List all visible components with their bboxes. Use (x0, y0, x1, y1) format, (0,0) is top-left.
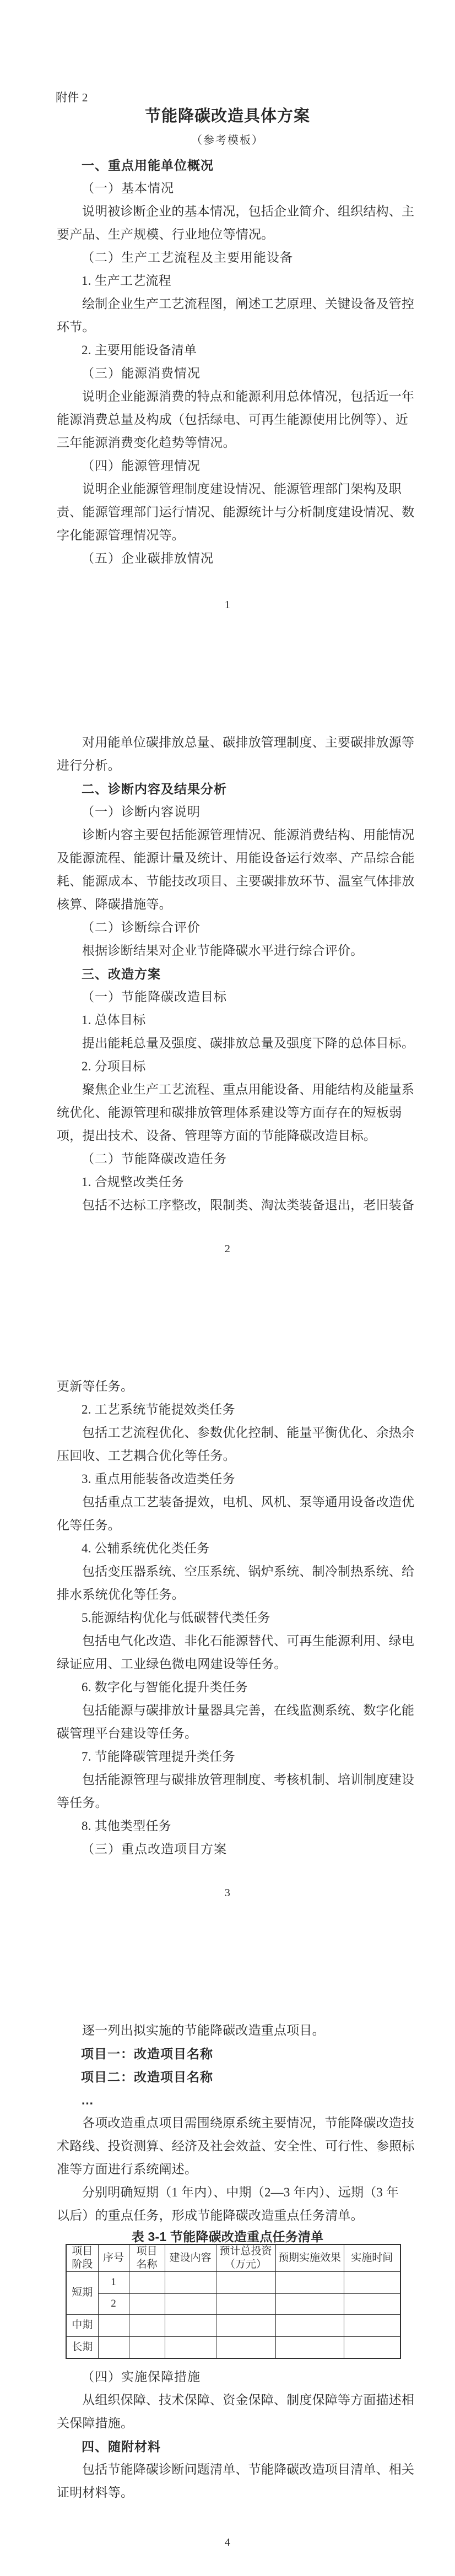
paragraph-line: 包括能源管理与碳排放管理制度、考核机制、培训制度建设 (82, 1772, 414, 1788)
numbered-item: 2. 工艺系统节能提效类任务 (82, 1401, 235, 1418)
paragraph-line: 各项改造重点项目需围绕原系统主要情况，节能降碳改造技 (82, 2115, 414, 2131)
page: 附件 2节能降碳改造具体方案（参考模板）一、重点用能单位概况（一）基本情况说明被… (0, 0, 455, 644)
paragraph-line: 分别明确短期（1 年内）、中期（2—3 年内）、远期（3 年 (82, 2184, 399, 2201)
paragraph-line: 更新等任务。 (57, 1378, 133, 1395)
numbered-item: 1. 总体目标 (82, 1012, 145, 1029)
paragraph-line: 项，提出技术、设备、管理等方面的节能降碳改造目标。 (57, 1128, 376, 1144)
empty-cell (344, 2293, 400, 2314)
attachment-label: 附件 2 (56, 89, 88, 106)
empty-cell (275, 2336, 344, 2358)
paragraph-line: 压回收、工艺耦合优化等任务。 (57, 1448, 236, 1464)
numbered-item: 1. 生产工艺流程 (82, 273, 171, 289)
table-row: 中期 (66, 2314, 400, 2336)
seq-cell (98, 2314, 129, 2336)
table-header-cell: 预计总投资 （万元） (216, 2244, 275, 2271)
table-row: 长期 (66, 2336, 400, 2358)
page-number: 2 (0, 1241, 455, 1257)
subsection-heading: （二）节能降碳改造任务 (82, 1151, 227, 1167)
paragraph-line: 准等方面进行系统阐述。 (57, 2161, 197, 2178)
subsection-heading: （四）能源管理情况 (82, 458, 201, 474)
empty-cell (344, 2271, 400, 2293)
paragraph-line: 说明被诊断企业的基本情况，包括企业简介、组织结构、主 (82, 203, 414, 220)
empty-cell (165, 2314, 216, 2336)
document-canvas: { "document": { "canvas": { "width": 826… (0, 0, 455, 2576)
document-title: 节能降碳改造具体方案 (0, 106, 455, 126)
subsection-heading: （四）实施保障措施 (82, 2369, 201, 2385)
seq-cell (98, 2336, 129, 2358)
paragraph-line: 诊断内容主要包括能源管理情况、能源消费结构、用能情况 (82, 827, 414, 843)
subsection-heading: （二）生产工艺流程及主要用能设备 (82, 250, 293, 266)
subsection-heading: （三）重点改造项目方案 (82, 1841, 227, 1858)
subsection-heading: （一）诊断内容说明 (82, 804, 201, 820)
paragraph-line: 进行分析。 (57, 757, 121, 774)
numbered-item: 3. 重点用能装备改造类任务 (82, 1471, 235, 1487)
empty-cell (129, 2293, 165, 2314)
section-heading: 三、改造方案 (82, 966, 161, 982)
table-header-cell: 项目 名称 (129, 2244, 165, 2271)
paragraph-line: 包括变压器系统、空压系统、锅炉系统、制冷制热系统、给 (82, 1563, 414, 1580)
table-header-cell: 建设内容 (165, 2244, 216, 2271)
empty-cell (216, 2336, 275, 2358)
paragraph-line: 以后）的重点任务，形成节能降碳改造重点任务清单。 (57, 2207, 364, 2224)
paragraph-line: 责、能源管理部门运行情况、能源统计与分析制度建设情况、数 (57, 504, 415, 521)
numbered-item: 1. 合规整改类任务 (82, 1174, 184, 1190)
stage-cell: 长期 (66, 2336, 98, 2358)
paragraph-line: 术路线、投资测算、经济及社会效益、安全性、可行性、参照标 (57, 2138, 415, 2155)
empty-cell (165, 2271, 216, 2293)
paragraph-line: 环节。 (57, 319, 95, 335)
table-row: 短期1 (66, 2271, 400, 2293)
empty-cell (275, 2314, 344, 2336)
page: 对用能单位碳排放总量、碳排放管理制度、主要碳排放源等进行分析。二、诊断内容及结果… (0, 644, 455, 1288)
empty-cell (129, 2314, 165, 2336)
paragraph-line: 包括能源与碳排放计量器具完善，在线监测系统、数字化能 (82, 1702, 414, 1719)
paragraph-line: 排水系统优化等任务。 (57, 1587, 185, 1603)
empty-cell (275, 2293, 344, 2314)
numbered-item: 6. 数字化与智能化提升类任务 (82, 1679, 248, 1696)
paragraph-line: 从组织保障、技术保障、资金保障、制度保障等方面描述相 (82, 2392, 414, 2409)
paragraph-line: 包括工艺流程优化、参数优化控制、能量平衡优化、余热余 (82, 1425, 414, 1441)
numbered-item: 5.能源结构优化与低碳替代类任务 (82, 1610, 270, 1626)
paragraph-line: 字化能源管理情况等。 (57, 527, 185, 544)
paragraph-line: 包括节能降碳诊断问题清单、节能降碳改造项目清单、相关 (82, 2461, 414, 2478)
page-number: 3 (0, 1885, 455, 1901)
paragraph-line: 包括重点工艺装备提效，电机、风机、泵等通用设备改造优 (82, 1494, 414, 1511)
section-heading: 一、重点用能单位概况 (82, 157, 214, 174)
stage-cell: 短期 (66, 2271, 98, 2314)
paragraph-line: 对用能单位碳排放总量、碳排放管理制度、主要碳排放源等 (82, 734, 414, 751)
paragraph-line: 等任务。 (57, 1795, 108, 1811)
paragraph-line: 要产品、生产规模、行业地位等情况。 (57, 226, 274, 243)
empty-cell (129, 2336, 165, 2358)
paragraph-line: 聚焦企业生产工艺流程、重点用能设备、用能结构及能量系 (82, 1081, 414, 1098)
subsection-heading: （二）诊断综合评价 (82, 919, 201, 936)
paragraph-line: 三年能源消费变化趋势等情况。 (57, 435, 236, 451)
paragraph-line: 核算、降碳措施等。 (57, 896, 172, 913)
paragraph-line: 说明企业能源消费的特点和能源利用总体情况，包括近一年 (82, 388, 414, 405)
page: 逐一列出拟实施的节能降碳改造重点项目。项目一：改造项目名称项目二：改造项目名称…… (0, 1932, 455, 2576)
paragraph-line: 说明企业能源管理制度建设情况、能源管理部门架构及职 (82, 481, 402, 497)
subsection-heading: （一）节能降碳改造目标 (82, 989, 227, 1005)
paragraph-line: 逐一列出拟实施的节能降碳改造重点项目。 (82, 2022, 325, 2039)
table-row: 2 (66, 2293, 400, 2314)
subsection-heading: （一）基本情况 (82, 180, 174, 197)
table-header-cell: 序号 (98, 2244, 129, 2271)
stage-cell: 中期 (66, 2314, 98, 2336)
empty-cell (165, 2293, 216, 2314)
table-header-cell: 项目 阶段 (66, 2244, 98, 2271)
table-caption: 表 3-1 节能降碳改造重点任务清单 (0, 2228, 455, 2245)
paragraph-line: 包括电气化改造、非化石能源替代、可再生能源利用、绿电 (82, 1633, 414, 1649)
seq-cell: 2 (98, 2293, 129, 2314)
section-heading: 四、随附材料 (82, 2438, 161, 2455)
paragraph-line: 绿证应用、工业绿色微电网建设等任务。 (57, 1656, 287, 1673)
project-item: 项目二：改造项目名称 (81, 2069, 213, 2085)
paragraph-line: 及能源流程、能源计量及统计、用能设备运行效率、产品综合能 (57, 850, 415, 867)
seq-cell: 1 (98, 2271, 129, 2293)
numbered-item: 7. 节能降碳管理提升类任务 (82, 1749, 235, 1765)
task-table: 项目 阶段序号项目 名称建设内容预计总投资 （万元）预期实施效果实施时间短期12… (66, 2244, 401, 2359)
page-number: 4 (0, 2534, 455, 2551)
paragraph-line: 关保障措施。 (57, 2415, 133, 2432)
paragraph-line: 包括不达标工序整改，限制类、淘汰类装备退出，老旧装备 (82, 1197, 414, 1214)
paragraph-line: 绘制企业生产工艺流程图，阐述工艺原理、关键设备及管控 (82, 296, 414, 312)
empty-cell (344, 2336, 400, 2358)
numbered-item: 2. 主要用能设备清单 (82, 342, 197, 359)
empty-cell (216, 2271, 275, 2293)
empty-cell (165, 2336, 216, 2358)
paragraph-line: 碳管理平台建设等任务。 (57, 1725, 197, 1742)
table-header-cell: 实施时间 (344, 2244, 400, 2271)
subsection-heading: （三）能源消费情况 (82, 365, 201, 382)
empty-cell (216, 2293, 275, 2314)
paragraph-line: 提出能耗总量及强度、碳排放总量及强度下降的总体目标。 (82, 1035, 414, 1052)
empty-cell (275, 2271, 344, 2293)
document-subtitle: （参考模板） (0, 132, 455, 149)
paragraph-line: 能源消费总量及构成（包括绿电、可再生能源使用比例等）、近 (57, 412, 408, 428)
section-heading: 二、诊断内容及结果分析 (82, 781, 227, 797)
numbered-item: 4. 公辅系统优化类任务 (82, 1540, 209, 1557)
paragraph-line: 耗、能源成本、节能技改项目、主要碳排放环节、温室气体排放 (57, 873, 415, 890)
empty-cell (216, 2314, 275, 2336)
subsection-heading: （五）企业碳排放情况 (82, 550, 214, 567)
paragraph-line: 统优化、能源管理和碳排放管理体系建设等方面存在的短板弱 (57, 1105, 402, 1121)
empty-cell (344, 2314, 400, 2336)
page-number: 1 (0, 597, 455, 613)
project-item: 项目一：改造项目名称 (81, 2045, 213, 2062)
empty-cell (129, 2271, 165, 2293)
table-header-cell: 预期实施效果 (275, 2244, 344, 2271)
numbered-item: 2. 分项目标 (82, 1058, 145, 1075)
paragraph-line: 根据诊断结果对企业节能降碳水平进行综合评价。 (82, 943, 363, 959)
page: 更新等任务。2. 工艺系统节能提效类任务包括工艺流程优化、参数优化控制、能量平衡… (0, 1288, 455, 1932)
project-item: … (81, 2092, 94, 2108)
numbered-item: 8. 其他类型任务 (82, 1818, 171, 1834)
paragraph-line: 证明材料等。 (57, 2485, 133, 2501)
paragraph-line: 化等任务。 (57, 1517, 121, 1534)
